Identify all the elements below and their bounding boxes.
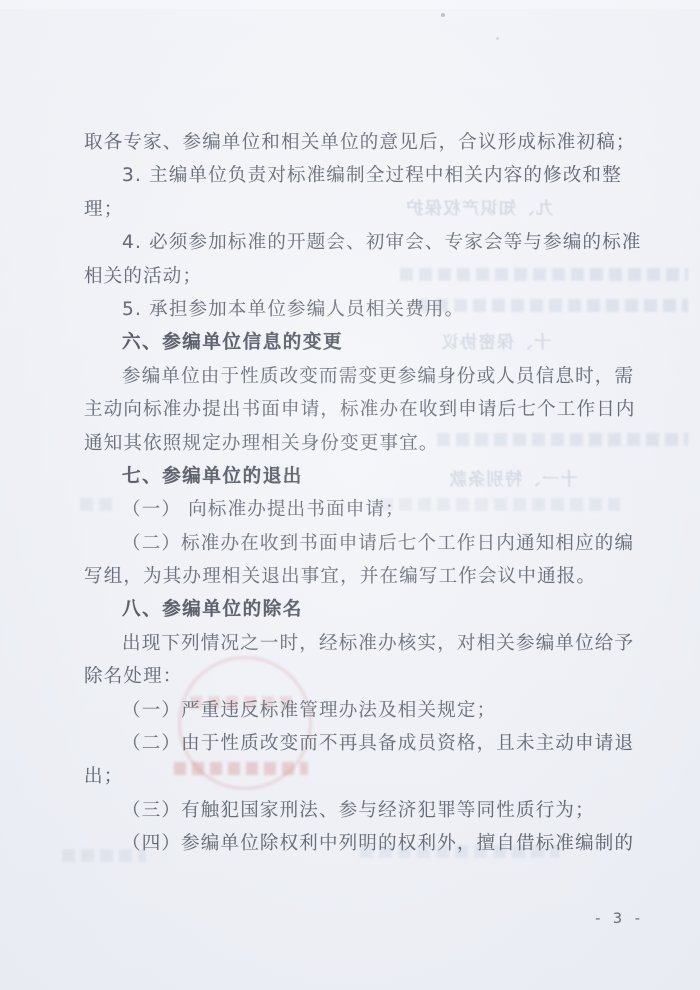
section-heading-7: 七、参编单位的退出 bbox=[84, 460, 640, 493]
page-number: - 3 - bbox=[595, 911, 644, 927]
document-line: 主动向标准办提出书面申请，标准办在收到申请后七个工作日内 bbox=[84, 393, 640, 426]
document-line: （二）由于性质改变而不再具备成员资格，且未主动申请退 bbox=[84, 727, 640, 760]
scanned-document-page: 九、知识产权保护 十、保密协议 十一、特别条款 取各专家、参编单位和相关单位的意… bbox=[0, 0, 700, 990]
scan-speck bbox=[441, 13, 445, 17]
document-line: 3. 主编单位负责对标准编制全过程中相关内容的修改和整 bbox=[84, 159, 640, 192]
document-line: 取各专家、参编单位和相关单位的意见后，合议形成标准初稿； bbox=[84, 126, 640, 159]
document-line: （一）严重违反标准管理办法及相关规定； bbox=[84, 694, 640, 727]
document-line: 4. 必须参加标准的开题会、初审会、专家会等与参编的标准 bbox=[84, 226, 640, 259]
document-line: 5. 承担参加本单位参编人员相关费用。 bbox=[84, 293, 640, 326]
document-line: （四）参编单位除权利中列明的权利外，擅自借标准编制的 bbox=[84, 827, 640, 860]
document-line: 出现下列情况之一时，经标准办核实，对相关参编单位给予 bbox=[84, 627, 640, 660]
document-line: 相关的活动； bbox=[84, 260, 640, 293]
document-line: 通知其依照规定办理相关身份变更事宜。 bbox=[84, 427, 640, 460]
scan-speck bbox=[496, 37, 499, 40]
document-line: （二）标准办在收到书面申请后七个工作日内通知相应的编 bbox=[84, 527, 640, 560]
section-heading-8: 八、参编单位的除名 bbox=[84, 593, 640, 626]
scan-top-edge bbox=[0, 0, 700, 9]
document-body: 取各专家、参编单位和相关单位的意见后，合议形成标准初稿； 3. 主编单位负责对标… bbox=[84, 126, 640, 861]
document-line: 写组，为其办理相关退出事宜，并在编写工作会议中通报。 bbox=[84, 560, 640, 593]
document-line: 出； bbox=[84, 760, 640, 793]
document-line: （一） 向标准办提出书面申请； bbox=[84, 493, 640, 526]
document-line: 除名处理： bbox=[84, 660, 640, 693]
document-line: 参编单位由于性质改变而需变更参编身份或人员信息时，需 bbox=[84, 360, 640, 393]
section-heading-6: 六、参编单位信息的变更 bbox=[84, 326, 640, 359]
document-line: 理； bbox=[84, 193, 640, 226]
document-line: （三）有触犯国家刑法、参与经济犯罪等同性质行为； bbox=[84, 794, 640, 827]
